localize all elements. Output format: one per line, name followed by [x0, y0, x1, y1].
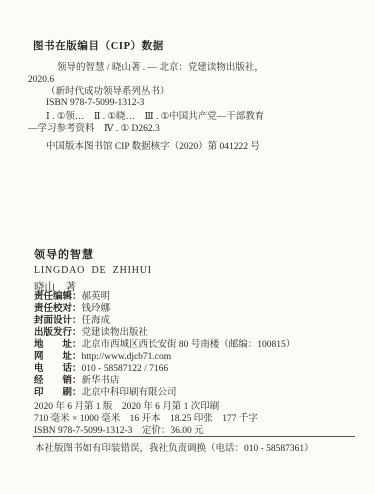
format-line: 710 毫米 × 1000 毫米 16 开本 18.25 印张 177 千字	[34, 413, 364, 425]
pub-colon: ：	[72, 328, 82, 338]
divider-rule	[33, 436, 355, 437]
pub-row-printer: 印 刷：北京中科印刷有限公司	[34, 387, 364, 399]
pub-row-website: 网 址：http://www.djcb71.com	[34, 351, 364, 363]
cip-line-classification-1: Ⅰ . ①领… Ⅱ . ①晓… Ⅲ . ①中国共产党—干部教育	[46, 112, 348, 124]
colophon-page: 图书在版编目（CIP）数据 领导的智慧 / 晓山著 . — 北京：党建读物出版社…	[0, 0, 375, 494]
cip-line-series: （新时代成功领导系列丛书）	[46, 87, 348, 99]
pub-colon: ：	[72, 304, 82, 314]
pub-row-editor: 责任编辑：郝英明	[34, 291, 364, 303]
pub-label: 责任校对	[34, 304, 72, 314]
pub-row-cover-design: 封面设计：任海成	[34, 315, 364, 327]
cip-block: 图书在版编目（CIP）数据 领导的智慧 / 晓山著 . — 北京：党建读物出版社…	[33, 38, 348, 154]
edition-line: 2020 年 6 月第 1 版 2020 年 6 月第 1 次印刷	[34, 401, 364, 413]
pub-colon: ：	[72, 316, 82, 326]
pub-label: 印 刷	[34, 388, 72, 398]
pub-colon: ：	[72, 340, 82, 350]
pub-row-phone: 电 话：010 - 58587122 / 7166	[34, 363, 364, 375]
pub-value: 北京市西城区西长安街 80 号南楼（邮编：100815）	[82, 340, 296, 350]
cip-line-isbn: ISBN 978-7-5099-1312-3	[46, 98, 348, 110]
pub-colon: ：	[72, 292, 82, 302]
book-title: 领导的智慧	[34, 246, 152, 262]
pub-label: 责任编辑	[34, 292, 72, 302]
pub-label: 经 销	[34, 376, 72, 386]
cip-line-bibliographic: 领导的智慧 / 晓山著 . — 北京：党建读物出版社，	[57, 63, 348, 75]
title-block: 领导的智慧 LINGDAO DE ZHIHUI 晓山 著	[34, 246, 152, 294]
pub-value: 郝英明	[82, 292, 111, 302]
pub-label: 地 址	[34, 340, 72, 350]
pub-value: 任海成	[82, 316, 111, 326]
pub-row-proofreader: 责任校对：钱玲娜	[34, 303, 364, 315]
title-pinyin: LINGDAO DE ZHIHUI	[34, 265, 152, 276]
cip-line-classification-2: —学习参考资料 Ⅳ . ① D262.3	[28, 124, 348, 136]
pub-colon: ：	[72, 364, 82, 374]
pub-value: 钱玲娜	[82, 304, 111, 314]
pub-colon: ：	[72, 376, 82, 386]
pub-row-address: 地 址：北京市西城区西长安街 80 号南楼（邮编：100815）	[34, 339, 364, 351]
pub-value: 北京中科印刷有限公司	[82, 388, 177, 398]
misprint-notice: 本社版图书如有印装错误，我社负责调换（电话：010 - 58587361）	[35, 443, 314, 455]
pub-label: 电 话	[34, 364, 72, 374]
cip-heading: 图书在版编目（CIP）数据	[33, 38, 348, 53]
pub-value: 010 - 58587122 / 7166	[82, 364, 169, 374]
pub-label: 出版发行	[34, 328, 72, 338]
cip-line-registry: 中国版本图书馆 CIP 数据核字（2020）第 041222 号	[46, 142, 348, 154]
pub-colon: ：	[72, 388, 82, 398]
cip-line-year: 2020.6	[28, 75, 348, 87]
pub-row-publisher: 出版发行：党建读物出版社	[34, 327, 364, 339]
pub-value: http://www.djcb71.com	[82, 352, 172, 362]
pub-colon: ：	[72, 352, 82, 362]
pub-value: 新华书店	[82, 376, 120, 386]
pub-label: 封面设计	[34, 316, 72, 326]
pub-row-distributor: 经 销：新华书店	[34, 375, 364, 387]
pub-value: 党建读物出版社	[82, 328, 149, 338]
publication-info: 责任编辑：郝英明 责任校对：钱玲娜 封面设计：任海成 出版发行：党建读物出版社 …	[34, 291, 364, 437]
pub-label: 网 址	[34, 352, 72, 362]
